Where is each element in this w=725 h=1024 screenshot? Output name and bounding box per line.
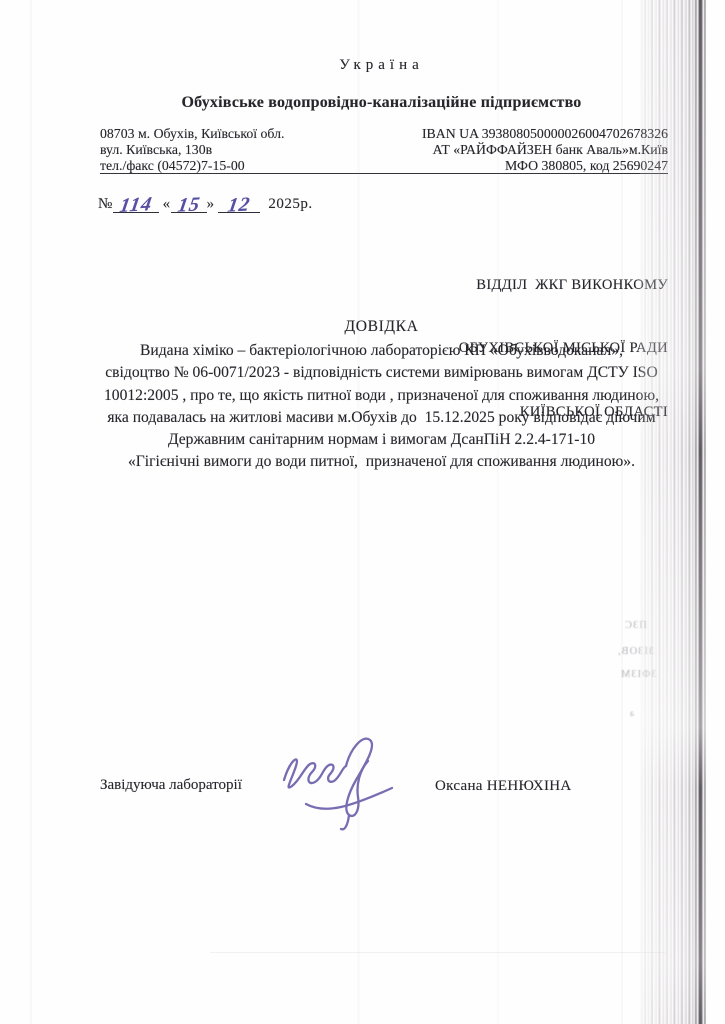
day-field: 15 xyxy=(171,193,207,213)
address-line: вул. Київська, 130в xyxy=(100,142,284,158)
document-title: ДОВІДКА xyxy=(95,318,668,336)
scan-streak xyxy=(30,0,32,1024)
body-line: свідоцтво № 06-0071/2023 - відповідність… xyxy=(95,362,668,384)
body-line: Видана хіміко – бактеріологічною лаборат… xyxy=(95,340,668,362)
handwritten-month: 12 xyxy=(226,193,252,217)
header-divider xyxy=(100,173,668,174)
scanned-document-page: Україна Обухівське водопровідно-каналіза… xyxy=(0,0,725,1024)
bleed-through-text: а xyxy=(629,708,634,718)
month-field: 12 xyxy=(218,193,260,213)
address-line: 08703 м. Обухів, Київської обл. xyxy=(100,126,284,142)
quote-open: « xyxy=(163,196,171,212)
document-body: Видана хіміко – бактеріологічною лаборат… xyxy=(95,340,668,474)
bank-details-block: IBAN UA 393808050000026004702678326 АТ «… xyxy=(422,126,668,175)
ref-number-label: № xyxy=(98,196,113,212)
bleed-through-text: ЗІЗОВ, xyxy=(617,646,654,657)
scan-streak xyxy=(357,0,360,1024)
handwritten-signature xyxy=(274,726,400,838)
company-name: Обухівське водопровідно-каналізаційне пі… xyxy=(95,94,668,112)
body-line: Державним санітарним нормам і вимогам Дс… xyxy=(95,429,668,451)
signatory-name: Оксана НЕНЮХІНА xyxy=(435,778,572,795)
bleed-through-text: ПЗС xyxy=(624,620,647,631)
body-line: 10012:2005 , про те, що якість питної во… xyxy=(95,385,668,407)
scan-line-artifact xyxy=(210,952,665,953)
quote-close: » xyxy=(207,196,215,212)
bank-line: АТ «РАЙФФАЙЗЕН банк Аваль»м.Київ xyxy=(422,142,668,158)
recipient-line: ВІДДІЛ ЖКГ ВИКОНКОМУ xyxy=(459,275,668,296)
ref-number-field: 114 xyxy=(113,193,159,213)
year-suffix: 2025р. xyxy=(268,196,312,212)
body-line: яка подавалась на житлові масиви м.Обухі… xyxy=(95,407,668,429)
iban-line: IBAN UA 393808050000026004702678326 xyxy=(422,126,668,142)
body-line: «Гігієнічні вимоги до води питної, призн… xyxy=(95,451,668,473)
bleed-through-text: ЗФІЗМ xyxy=(620,669,657,680)
reference-number-line: №114 «15» 122025р. xyxy=(98,193,313,213)
handwritten-ref-number: 114 xyxy=(118,193,154,218)
signatory-role: Завідуюча лабораторії xyxy=(100,777,242,794)
country-heading: Україна xyxy=(95,57,668,74)
handwritten-day: 15 xyxy=(176,193,202,217)
address-block: 08703 м. Обухів, Київської обл. вул. Киї… xyxy=(100,126,284,175)
